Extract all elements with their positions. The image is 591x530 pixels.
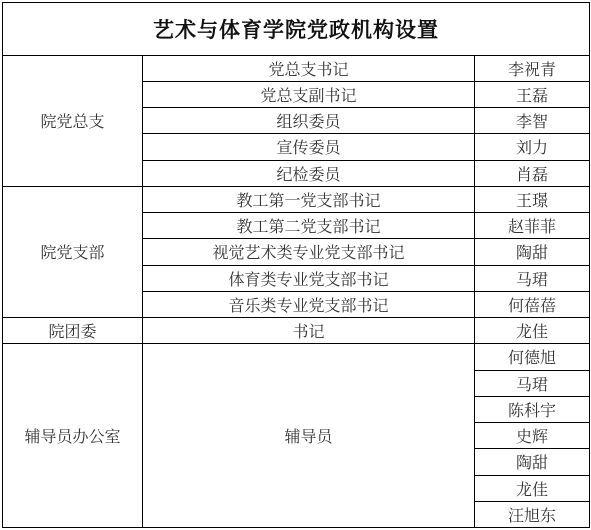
name-cell: 赵菲菲 [475, 213, 590, 239]
table-row: 院党支部 教工第一党支部书记 王璟 [3, 186, 590, 212]
position-cell: 纪检委员 [143, 160, 475, 186]
name-cell: 陈科宇 [475, 396, 590, 422]
name-cell: 陶甜 [475, 239, 590, 265]
page: 艺术与体育学院党政机构设置 院党总支 党总支书记 李祝青 党总支副书记 王磊 组… [0, 0, 591, 530]
name-cell: 李智 [475, 108, 590, 134]
position-cell: 辅导员 [143, 344, 475, 528]
group-cell: 院党总支 [3, 55, 143, 186]
name-cell: 汪旭东 [475, 501, 590, 527]
position-cell: 音乐类专业党支部书记 [143, 291, 475, 317]
position-cell: 组织委员 [143, 108, 475, 134]
name-cell: 陶甜 [475, 449, 590, 475]
position-cell: 党总支书记 [143, 55, 475, 81]
org-structure-table: 艺术与体育学院党政机构设置 院党总支 党总支书记 李祝青 党总支副书记 王磊 组… [2, 2, 590, 528]
group-cell: 辅导员办公室 [3, 344, 143, 528]
page-title: 艺术与体育学院党政机构设置 [3, 3, 590, 56]
name-cell: 马珺 [475, 265, 590, 291]
table-row: 辅导员办公室 辅导员 何德旭 [3, 344, 590, 370]
name-cell: 李祝青 [475, 55, 590, 81]
group-cell: 院党支部 [3, 186, 143, 317]
name-cell: 史辉 [475, 423, 590, 449]
name-cell: 刘力 [475, 134, 590, 160]
name-cell: 王璟 [475, 186, 590, 212]
position-cell: 视觉艺术类专业党支部书记 [143, 239, 475, 265]
title-row: 艺术与体育学院党政机构设置 [3, 3, 590, 56]
table-row: 院团委 书记 龙佳 [3, 318, 590, 344]
name-cell: 何德旭 [475, 344, 590, 370]
name-cell: 肖磊 [475, 160, 590, 186]
name-cell: 何蓓蓓 [475, 291, 590, 317]
position-cell: 党总支副书记 [143, 81, 475, 107]
position-cell: 教工第二党支部书记 [143, 213, 475, 239]
name-cell: 王磊 [475, 81, 590, 107]
name-cell: 马珺 [475, 370, 590, 396]
table-row: 院党总支 党总支书记 李祝青 [3, 55, 590, 81]
position-cell: 书记 [143, 318, 475, 344]
position-cell: 体育类专业党支部书记 [143, 265, 475, 291]
name-cell: 龙佳 [475, 475, 590, 501]
name-cell: 龙佳 [475, 318, 590, 344]
group-cell: 院团委 [3, 318, 143, 344]
position-cell: 教工第一党支部书记 [143, 186, 475, 212]
position-cell: 宣传委员 [143, 134, 475, 160]
